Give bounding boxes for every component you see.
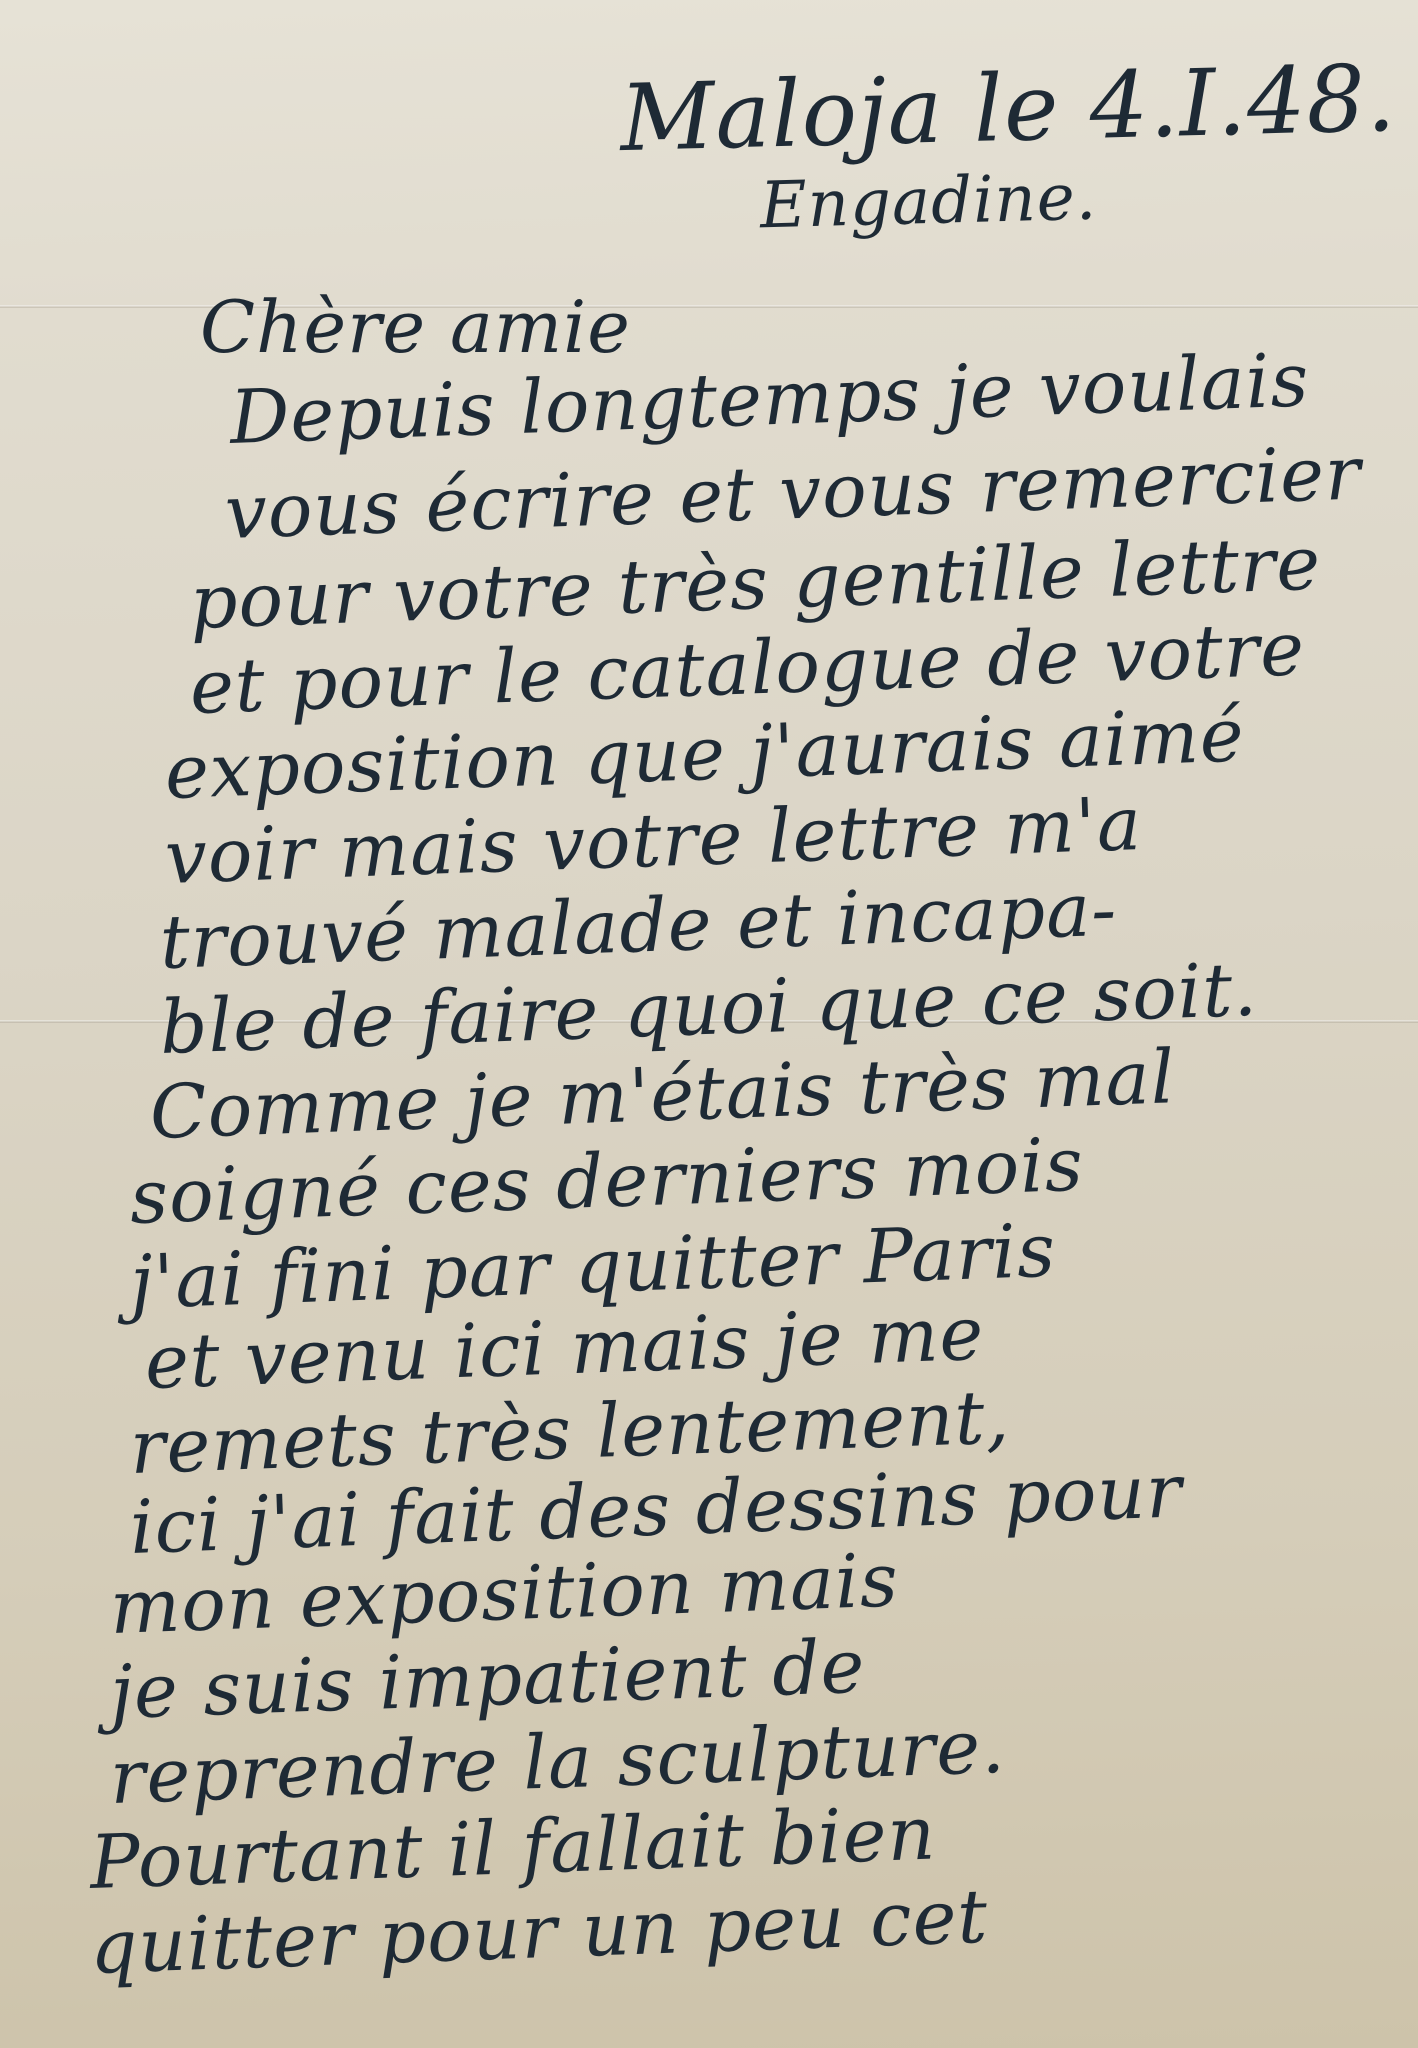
salutation: Chère amie (200, 285, 631, 369)
letter-page: Maloja le 4.I.48. Engadine. Chère amie D… (0, 0, 1418, 2048)
dateline: Maloja le 4.I.48. (619, 45, 1398, 172)
place-name: Engadine. (759, 161, 1098, 244)
